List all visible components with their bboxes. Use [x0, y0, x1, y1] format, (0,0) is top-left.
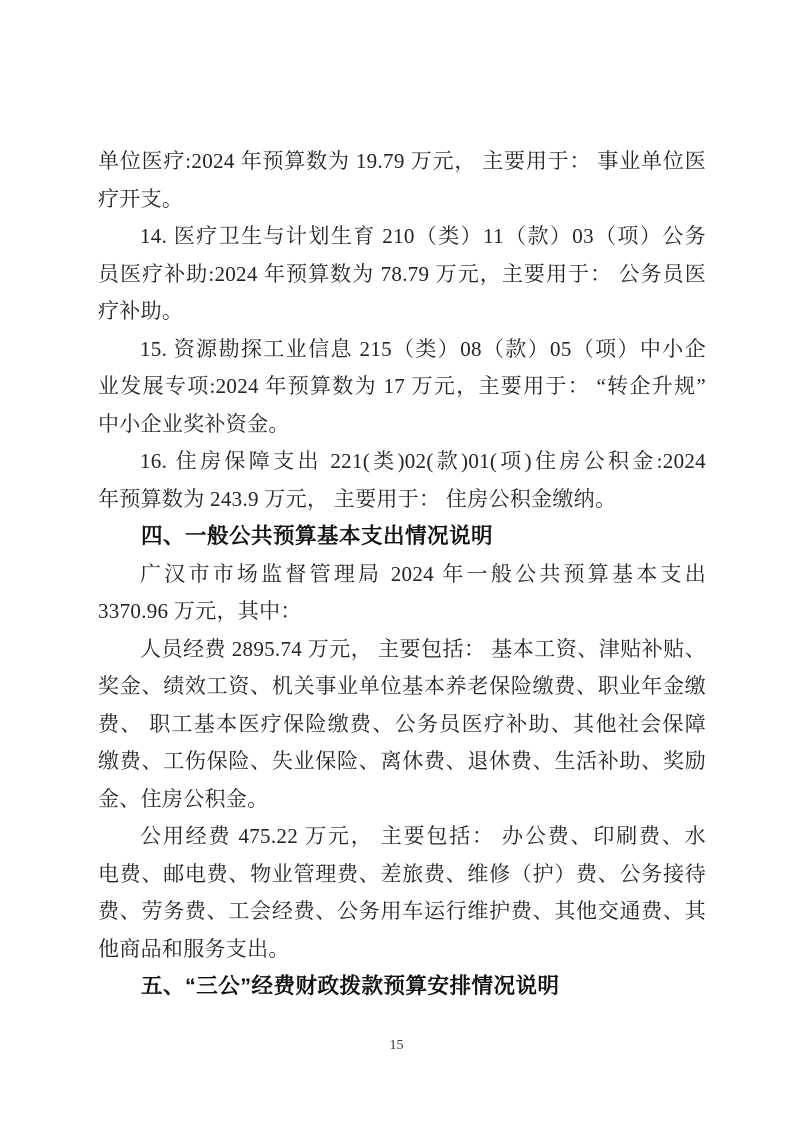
page-number: 15: [0, 1038, 793, 1054]
paragraph: 公用经费 475.22 万元， 主要包括： 办公费、印刷费、水费、电费、邮电费、…: [98, 818, 706, 968]
text-line: 费、劳务费、工会经费、公务用车运行维护费、其他交通费、其: [98, 893, 706, 931]
text-line: 奖金、绩效工资、机关事业单位基本养老保险缴费、职业年金缴: [98, 668, 706, 706]
text-line: 疗开支。: [98, 181, 706, 219]
text-line: 16. 住房保障支出 221(类)02(款)01(项)住房公积金:2024: [98, 443, 706, 481]
text-line: 3370.96 万元，其中：: [98, 593, 706, 631]
paragraph: 15. 资源勘探工业信息 215（类）08（款）05（项）中小企业发展专项:20…: [98, 331, 706, 444]
text-line: 年预算数为 243.9 万元， 主要用于： 住房公积金缴纳。: [98, 481, 706, 519]
text-line: 广汉市市场监督管理局 2024 年一般公共预算基本支出: [98, 556, 706, 594]
paragraph: 14. 医疗卫生与计划生育 210（类）11（款）03（项）公务员医疗补助:20…: [98, 218, 706, 331]
text-line: 他商品和服务支出。: [98, 931, 706, 969]
text-line: 疗补助。: [98, 293, 706, 331]
text-line: 业发展专项:2024 年预算数为 17 万元，主要用于： “转企升规”: [98, 368, 706, 406]
text-line: 电费、邮电费、物业管理费、差旅费、维修（护）费、公务接待: [98, 856, 706, 894]
text-line: 15. 资源勘探工业信息 215（类）08（款）05（项）中小企: [98, 331, 706, 369]
text-line: 中小企业奖补资金。: [98, 406, 706, 444]
text-line: 金、住房公积金。: [98, 781, 706, 819]
document-page: 单位医疗:2024 年预算数为 19.79 万元， 主要用于： 事业单位医疗开支…: [0, 0, 793, 1122]
paragraph: 16. 住房保障支出 221(类)02(款)01(项)住房公积金:2024年预算…: [98, 443, 706, 518]
text-line: 员医疗补助:2024 年预算数为 78.79 万元，主要用于： 公务员医: [98, 256, 706, 294]
section-heading: 四、一般公共预算基本支出情况说明: [98, 518, 706, 556]
document-body: 单位医疗:2024 年预算数为 19.79 万元， 主要用于： 事业单位医疗开支…: [98, 143, 706, 1006]
text-line: 单位医疗:2024 年预算数为 19.79 万元， 主要用于： 事业单位医: [98, 143, 706, 181]
paragraph: 广汉市市场监督管理局 2024 年一般公共预算基本支出3370.96 万元，其中…: [98, 556, 706, 631]
text-line: 人员经费 2895.74 万元， 主要包括： 基本工资、津贴补贴、: [98, 631, 706, 669]
paragraph: 人员经费 2895.74 万元， 主要包括： 基本工资、津贴补贴、奖金、绩效工资…: [98, 631, 706, 819]
text-line: 四、一般公共预算基本支出情况说明: [98, 518, 706, 556]
text-line: 14. 医疗卫生与计划生育 210（类）11（款）03（项）公务: [98, 218, 706, 256]
section-heading: 五、“三公”经费财政拨款预算安排情况说明: [98, 968, 706, 1006]
text-line: 费、 职工基本医疗保险缴费、公务员医疗补助、其他社会保障: [98, 706, 706, 744]
text-line: 缴费、工伤保险、失业保险、离休费、退休费、生活补助、奖励: [98, 743, 706, 781]
text-line: 公用经费 475.22 万元， 主要包括： 办公费、印刷费、水费、: [98, 818, 706, 856]
text-line: 五、“三公”经费财政拨款预算安排情况说明: [98, 968, 706, 1006]
paragraph: 单位医疗:2024 年预算数为 19.79 万元， 主要用于： 事业单位医疗开支…: [98, 143, 706, 218]
